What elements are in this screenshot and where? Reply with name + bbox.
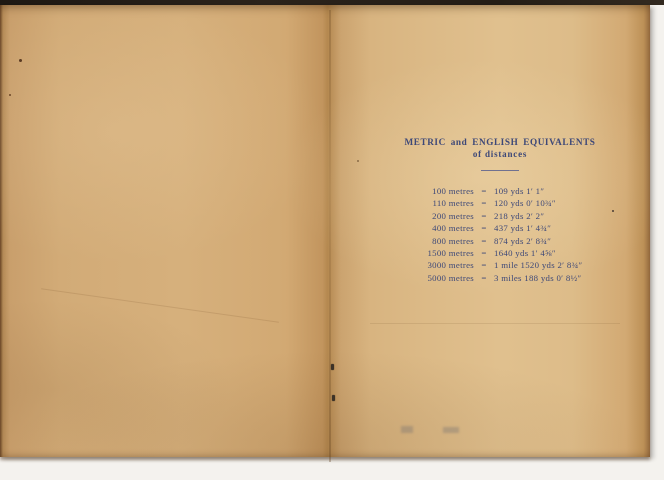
metric-value: 5000 metres [398, 272, 474, 284]
equals-sign: = [474, 210, 494, 222]
english-value: 437 yds 1′ 4¾″ [494, 222, 602, 234]
metric-value: 110 metres [398, 197, 474, 209]
metric-value: 200 metres [398, 210, 474, 222]
staple-mark [331, 364, 334, 370]
equals-sign: = [474, 272, 494, 284]
foxing-speck [357, 160, 359, 162]
equals-sign: = [474, 235, 494, 247]
table-title: METRIC and ENGLISH EQUIVALENTS [398, 136, 602, 148]
equals-sign: = [474, 259, 494, 271]
foxing-speck [612, 210, 614, 212]
equals-sign: = [474, 185, 494, 197]
ink-smudge [401, 426, 413, 433]
foxing-speck [9, 94, 11, 96]
equals-sign: = [474, 247, 494, 259]
conversion-row: 3000 metres = 1 mile 1520 yds 2′ 8¾″ [398, 259, 602, 271]
title-divider-rule [481, 170, 519, 171]
foxing-speck [19, 59, 22, 62]
equivalents-table-block: METRIC and ENGLISH EQUIVALENTS of distan… [398, 136, 602, 284]
conversion-row: 100 metres = 109 yds 1′ 1″ [398, 185, 602, 197]
scanned-page: METRIC and ENGLISH EQUIVALENTS of distan… [0, 0, 664, 480]
english-value: 1640 yds 1′ 4⅝″ [494, 247, 602, 259]
english-value: 218 yds 2′ 2″ [494, 210, 602, 222]
table-subtitle: of distances [398, 148, 602, 161]
metric-value: 400 metres [398, 222, 474, 234]
english-value: 109 yds 1′ 1″ [494, 185, 602, 197]
ink-smudge [443, 427, 459, 433]
equals-sign: = [474, 222, 494, 234]
conversion-row: 200 metres = 218 yds 2′ 2″ [398, 210, 602, 222]
english-value: 874 yds 2′ 8¾″ [494, 235, 602, 247]
left-page-crease [41, 288, 279, 322]
english-value: 120 yds 0′ 10¾″ [494, 197, 602, 209]
conversion-row: 1500 metres = 1640 yds 1′ 4⅝″ [398, 247, 602, 259]
conversion-row: 400 metres = 437 yds 1′ 4¾″ [398, 222, 602, 234]
metric-value: 100 metres [398, 185, 474, 197]
staple-mark [332, 395, 335, 401]
center-fold-crease [329, 10, 331, 462]
metric-value: 800 metres [398, 235, 474, 247]
metric-value: 3000 metres [398, 259, 474, 271]
right-page-crease [370, 323, 620, 324]
conversion-row: 110 metres = 120 yds 0′ 10¾″ [398, 197, 602, 209]
metric-value: 1500 metres [398, 247, 474, 259]
english-value: 1 mile 1520 yds 2′ 8¾″ [494, 259, 602, 271]
conversion-row: 800 metres = 874 yds 2′ 8¾″ [398, 235, 602, 247]
equals-sign: = [474, 197, 494, 209]
conversion-row: 5000 metres = 3 miles 188 yds 0′ 8½″ [398, 272, 602, 284]
english-value: 3 miles 188 yds 0′ 8½″ [494, 272, 602, 284]
conversion-table: 100 metres = 109 yds 1′ 1″ 110 metres = … [398, 185, 602, 284]
